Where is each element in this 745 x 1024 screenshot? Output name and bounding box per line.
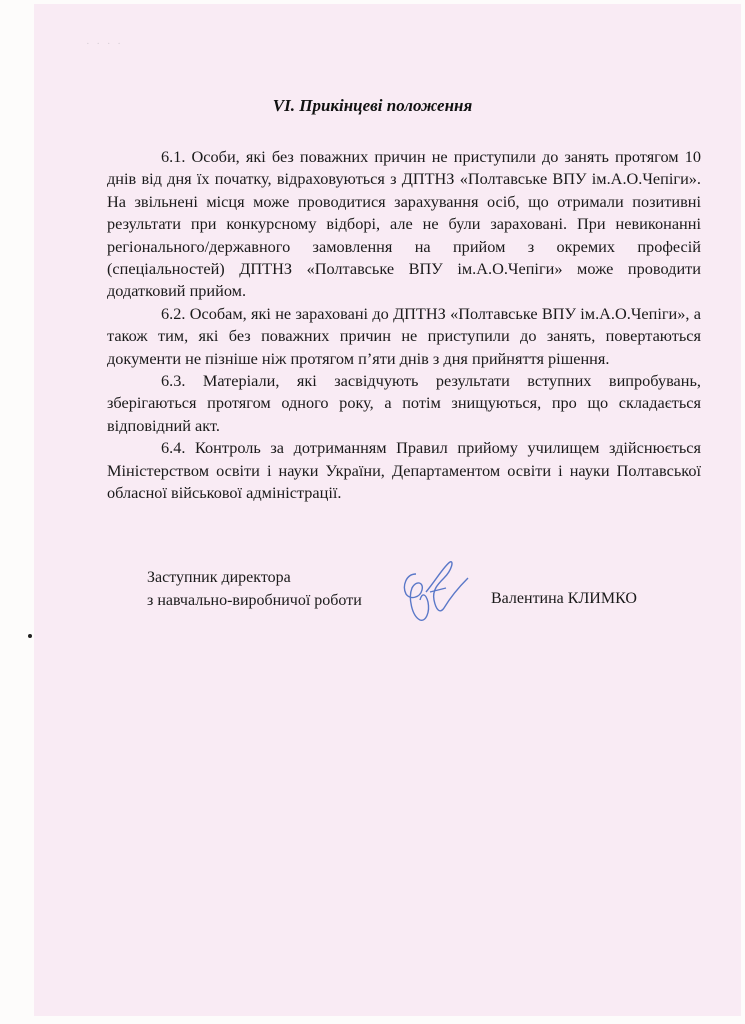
paragraph-6-3: 6.3. Матеріали, які засвідчують результа…: [107, 370, 701, 437]
scan-speck: [28, 634, 32, 638]
position-line-2: з навчально-виробничої роботи: [147, 589, 362, 612]
signatory-name: Валентина КЛИМКО: [491, 590, 637, 608]
faint-scan-mark: · · · ·: [86, 38, 123, 50]
signatory-position: Заступник директора з навчально-виробнич…: [147, 566, 362, 612]
document-body: 6.1. Особи, які без поважних причин не п…: [107, 146, 701, 505]
paragraph-6-1: 6.1. Особи, які без поважних причин не п…: [107, 146, 701, 303]
paragraph-6-4: 6.4. Контроль за дотриманням Правил прий…: [107, 437, 701, 504]
handwritten-signature-icon: [396, 560, 476, 630]
paragraph-6-2: 6.2. Особам, які не зараховані до ДПТНЗ …: [107, 303, 701, 370]
position-line-1: Заступник директора: [147, 566, 362, 589]
section-title: VI. Прикінцеві положення: [0, 96, 745, 116]
